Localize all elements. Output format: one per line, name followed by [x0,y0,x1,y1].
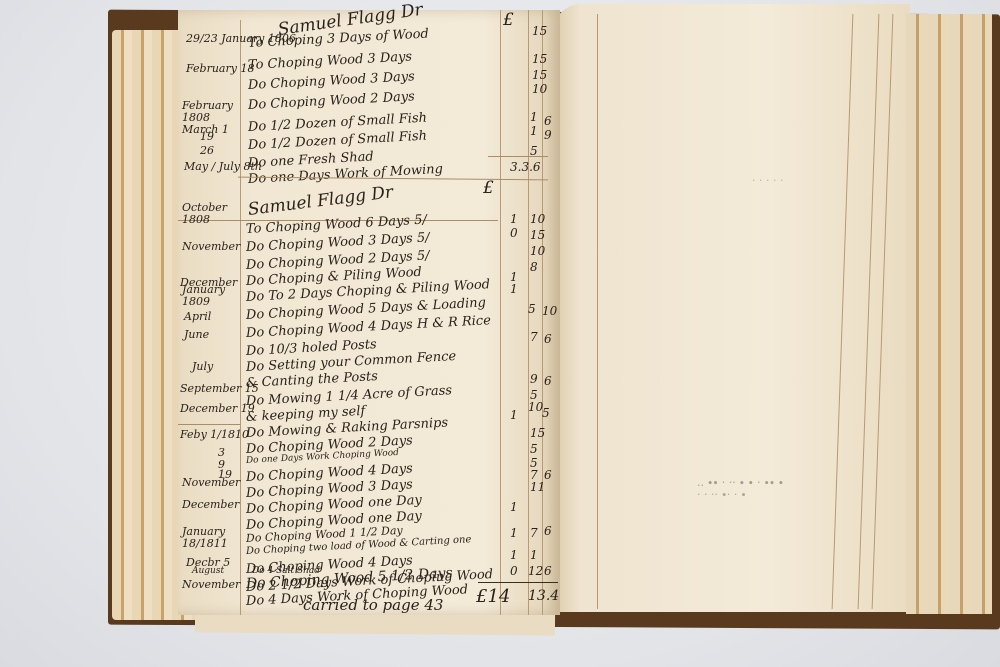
right-page-edges [906,14,992,614]
entry-pounds: 1 [510,548,518,562]
entry-pounds: 1 [510,212,518,226]
entry-date: November [182,578,240,591]
total-shillings-pence: 13.4 [528,588,559,604]
entry-pence: 6 [544,332,552,346]
entry-shillings: 15 [532,52,547,66]
left-page: Samuel Flagg Dr £ 29/23 January 1806 To … [178,10,560,615]
entry-date: 19 [200,130,214,143]
entry-pounds: 0 [510,226,518,240]
column-rule [858,14,880,609]
entry-date: April [184,310,211,323]
entry-shillings: 7 [530,330,538,344]
entry-pence: 6 [544,524,552,538]
entry-date: January 1809 [182,284,238,308]
total-pounds: £14 [476,586,510,607]
entry-shillings: 10 [532,82,547,96]
entry-date: August [192,566,224,576]
bleed-through: · · ·· ∙· · ∙ [697,488,746,501]
entry-shillings: 8 [530,260,538,274]
entry-date: 26 [200,144,214,157]
entry-date: September 15 [180,382,259,395]
account-header: Samuel Flagg Dr [247,182,394,220]
entry-description: To Choping 3 Days of Wood [248,27,430,51]
entry-date: July [192,360,213,373]
entry-shillings: 5 [530,442,538,456]
currency-mark: £ [483,178,494,198]
entry-shillings: 10 [528,400,543,414]
entry-date: November [182,240,240,253]
entry-shillings: 15 [530,228,545,242]
entry-date: November [182,476,240,489]
entry-shillings: 9 [530,372,538,386]
entry-description: Do Choping Wood 2 Days [248,89,416,113]
entry-pence: 9 [544,128,552,142]
entry-pounds: 1 [510,282,518,296]
subtotal: 3.3.6 [510,160,541,174]
right-page: · · · · · .. ∙∙ · ·· ∙ ∙ · ∙∙ ∙ · · ·· ∙… [552,4,910,612]
total-rule [478,582,558,583]
entry-date: February 18 [186,62,254,75]
entry-date: December 19 [180,402,255,415]
entry-pence: 6 [544,374,552,388]
entry-pence: 6 [544,564,552,578]
entry-description: Do Choping Wood 3 Days [248,69,416,93]
bleed-through: · · · · · [752,174,783,187]
entry-pounds: 0 [510,564,518,578]
entry-shillings: 12 [528,564,543,578]
entry-shillings: 10 [530,244,545,258]
entry-shillings: 15 [532,24,547,38]
entry-date: October 1808 [182,202,238,226]
entry-shillings: 7 [530,526,538,540]
entry-shillings: 15 [532,68,547,82]
entry-pence: 6 [544,114,552,128]
column-rule [832,14,854,609]
entry-pence: 5 [542,406,550,420]
entry-date: December [182,498,239,511]
entry-date: Feby 1/1810 [180,428,249,441]
entry-shillings: 1 [530,110,538,124]
currency-mark: £ [503,10,514,30]
entry-date: June [184,328,209,341]
margin-rule [597,14,598,609]
entry-pounds: 1 [510,408,518,422]
entry-shillings: 11 [530,480,545,494]
pounds-column-rule [500,10,501,615]
entry-shillings: 5 [528,302,536,316]
entry-description: To Choping Wood 3 Days [248,49,413,73]
entry-shillings: 15 [530,426,545,440]
entry-pounds: 1 [510,500,518,514]
carried-forward-note: carried to page 43 [303,596,443,614]
entry-pence: 10 [542,304,557,318]
entry-shillings: 1 [530,548,538,562]
date-rule [178,424,240,425]
entry-date: January 18/1811 [182,526,238,550]
entry-shillings: 1 [530,124,538,138]
subtotal-rule [488,156,548,157]
entry-description: Do 4 Salt Shad [252,566,320,576]
entry-shillings: 10 [530,212,545,226]
entry-pounds: 1 [510,526,518,540]
